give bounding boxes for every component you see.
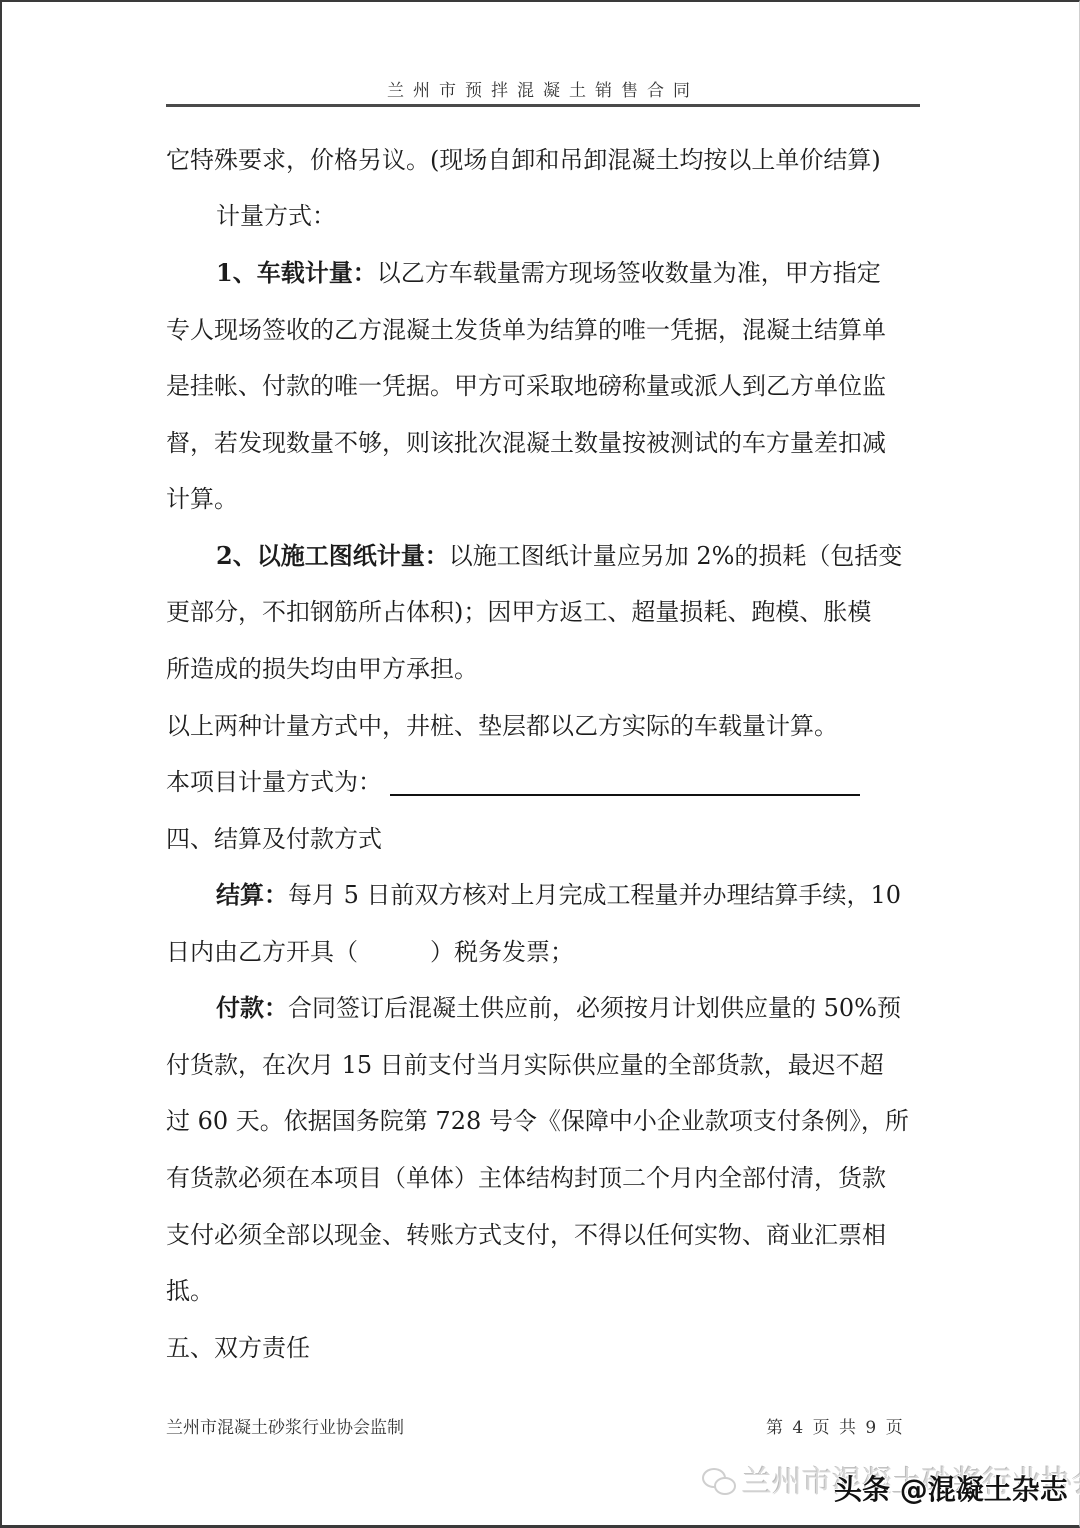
payment-text: 合同签订后混凝土供应前，必须按月计划供应量的 50%预 [288, 994, 901, 1022]
item-label: 1、车载计量： [216, 258, 377, 287]
header-rule [166, 104, 920, 107]
footer-page-number: 第 4 页 共 9 页 [766, 1413, 903, 1438]
running-header-title: 兰州市预拌混凝土销售合同 [166, 76, 920, 101]
watermark-toutiao: 头条 @混凝土杂志 [834, 1468, 1068, 1508]
settlement-label: 结算： [216, 880, 288, 909]
item-text: 以施工图纸计量应另加 2%的损耗（包括变 [449, 542, 903, 570]
body-line: 抵。 [166, 1276, 214, 1306]
body-line: 督，若发现数量不够，则该批次混凝土数量按被测试的车方量差扣减 [166, 428, 886, 458]
body-line: 它特殊要求，价格另议。(现场自卸和吊卸混凝土均按以上单价结算) [166, 145, 881, 175]
measurement-method-label: 本项目计量方式为： [166, 768, 382, 796]
footer-supervisor: 兰州市混凝土砂浆行业协会监制 [166, 1413, 404, 1438]
payment-label: 付款： [216, 993, 288, 1022]
body-line: 过 60 天。依据国务院第 728 号令《保障中小企业款项支付条例》，所 [166, 1106, 909, 1136]
invoice-line: 日内由乙方开具（）税务发票； [166, 937, 574, 967]
body-line: 有货款必须在本项目（单体）主体结构封顶二个月内全部付清，货款 [166, 1163, 886, 1193]
body-line: 专人现场签收的乙方混凝土发货单为结算的唯一凭据，混凝土结算单 [166, 315, 886, 345]
section-heading-responsibilities: 五、双方责任 [166, 1333, 310, 1363]
body-line: 以上两种计量方式中，井桩、垫层都以乙方实际的车载量计算。 [166, 711, 838, 741]
body-line: 付货款，在次月 15 日前支付当月实际供应量的全部货款，最迟不超 [166, 1050, 884, 1080]
settlement-paragraph: 结算：每月 5 日前双方核对上月完成工程量并办理结算手续，10 [216, 880, 901, 910]
body-line: 是挂帐、付款的唯一凭据。甲方可采取地磅称量或派人到乙方单位监 [166, 371, 886, 401]
section-subheading-measurement: 计量方式： [216, 201, 336, 231]
body-line: 所造成的损失均由甲方承担。 [166, 654, 478, 684]
invoice-text-before: 日内由乙方开具（ [166, 938, 358, 966]
document-page: 兰州市预拌混凝土销售合同 它特殊要求，价格另议。(现场自卸和吊卸混凝土均按以上单… [0, 0, 1080, 1528]
invoice-text-after: ）税务发票； [430, 938, 574, 966]
measurement-method-field: 本项目计量方式为： [166, 767, 860, 797]
settlement-text: 每月 5 日前双方核对上月完成工程量并办理结算手续，10 [288, 881, 901, 909]
item-drawing-measurement: 2、以施工图纸计量：以施工图纸计量应另加 2%的损耗（包括变 [216, 541, 902, 571]
item-truck-load-measurement: 1、车载计量：以乙方车载量需方现场签收数量为准，甲方指定 [216, 258, 881, 288]
item-text: 以乙方车载量需方现场签收数量为准，甲方指定 [377, 259, 881, 287]
measurement-method-blank[interactable] [390, 794, 860, 796]
wechat-icon [702, 1468, 736, 1496]
item-label: 2、以施工图纸计量： [216, 541, 449, 570]
body-line: 计算。 [166, 484, 238, 514]
body-line: 更部分，不扣钢筋所占体积)；因甲方返工、超量损耗、跑模、胀模 [166, 597, 871, 627]
payment-paragraph: 付款：合同签订后混凝土供应前，必须按月计划供应量的 50%预 [216, 993, 901, 1023]
body-line: 支付必须全部以现金、转账方式支付，不得以任何实物、商业汇票相 [166, 1220, 886, 1250]
section-heading-settlement: 四、结算及付款方式 [166, 824, 382, 854]
